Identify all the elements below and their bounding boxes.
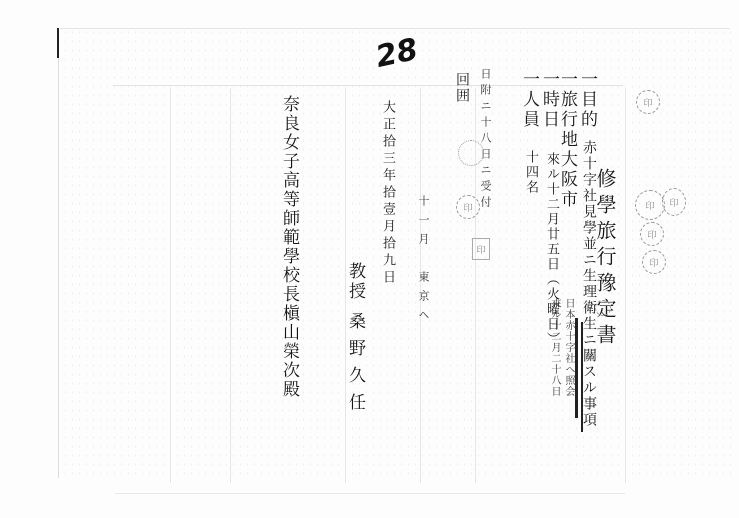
document-title: 修學旅行豫定書 xyxy=(595,168,615,350)
column-rule xyxy=(170,88,171,483)
seal-stamp: 印 xyxy=(635,190,665,220)
seal-stamp: 印 xyxy=(640,222,664,246)
item-date: 一時日 xyxy=(540,70,557,130)
item-label: 旅行地 xyxy=(557,90,577,150)
seal-stamp xyxy=(458,140,484,166)
seal-stamp xyxy=(595,300,611,316)
seal-stroke xyxy=(575,318,578,418)
item-bullet: 一 xyxy=(557,70,577,90)
item-destination: 一旅行地大阪市 xyxy=(558,70,575,210)
sender-name: 桑野久任 xyxy=(346,312,363,420)
item-label: 人員 xyxy=(519,90,539,130)
item-bullet: 一 xyxy=(519,70,539,90)
binding-mark xyxy=(57,28,59,58)
item-value: 大阪市 xyxy=(557,150,577,210)
item-purpose: 一目的 xyxy=(578,70,595,130)
document-page: 28 修學旅行豫定書 一目的 赤十字社見學並ニ生理衛生ニ關スル事項 一旅行地大阪… xyxy=(0,0,739,518)
top-rule xyxy=(60,28,730,29)
recipient: 奈良女子高等師範學校長槇山榮次殿 xyxy=(280,95,297,399)
item-members-value: 十四名 xyxy=(524,150,537,195)
margin-line xyxy=(58,58,59,478)
side-note: 回囲 xyxy=(455,72,469,104)
seal-stamp: 印 xyxy=(456,195,480,219)
item-purpose-value: 赤十字社見學並ニ生理衛生ニ關スル事項 xyxy=(582,140,596,428)
item-label: 時日 xyxy=(539,90,559,130)
seal-stroke xyxy=(581,322,583,432)
square-seal: 印 xyxy=(472,238,490,260)
document-date: 大正拾三年拾壹月拾九日 xyxy=(381,100,394,287)
receipt-date: 日附ニ十八日ニ受付 xyxy=(480,68,491,212)
seal-stamp: 印 xyxy=(636,90,660,114)
sender-title: 教授 xyxy=(346,262,363,302)
item-bullet: 一 xyxy=(539,70,559,90)
item-members: 一人員 xyxy=(520,70,537,130)
routing-note: 十一月 東京ヘ xyxy=(418,195,429,328)
seal-stamp: 印 xyxy=(662,188,686,216)
item-label: 目的 xyxy=(577,90,597,130)
item-bullet: 一 xyxy=(577,70,597,90)
margin-note: 來ル十二月二十八日 xyxy=(549,298,559,397)
bottom-rule xyxy=(115,493,625,494)
approval-note: 日本赤十字社へ照会 xyxy=(563,298,573,397)
seal-stamp: 印 xyxy=(642,250,666,274)
column-rule xyxy=(230,88,231,483)
column-rule xyxy=(625,88,626,483)
